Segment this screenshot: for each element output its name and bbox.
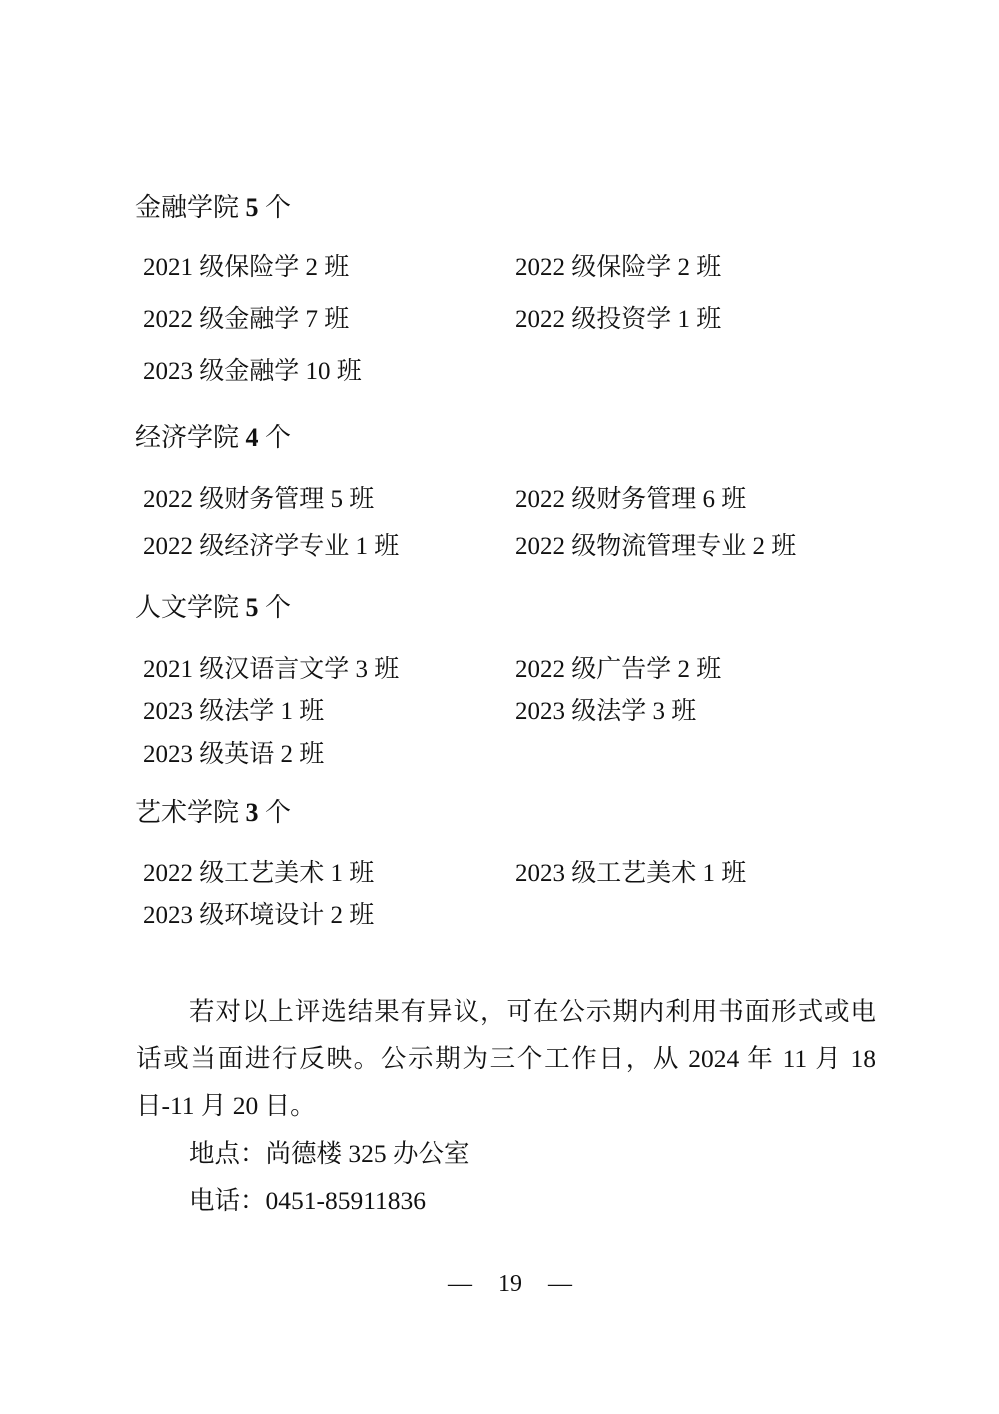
list-item: 2022 级广告学 2 班 [515,657,721,682]
list-item: 2023 级法学 3 班 [515,699,696,724]
class-count: 5 [246,593,259,622]
dash-left: — [448,1271,472,1297]
list-item: 2022 级物流管理专业 2 班 [515,534,796,559]
list-item: 2021 级汉语言文学 3 班 [143,657,399,682]
class-count: 5 [246,193,259,222]
location-label: 地点： [189,1139,266,1168]
section-heading-humanities: 人文学院 5 个 [135,595,291,621]
location-value: 尚德楼 325 办公室 [266,1139,470,1168]
college-name: 经济学院 [135,423,239,452]
list-item: 2023 级金融学 10 班 [143,359,362,384]
list-item: 2022 级经济学专业 1 班 [143,534,399,559]
list-item: 2023 级工艺美术 1 班 [515,861,746,886]
objection-notice-paragraph: 若对以上评选结果有异议，可在公示期内利用书面形式或电话或当面进行反映。公示期为三… [136,988,876,1129]
section-heading-finance: 金融学院 5 个 [135,195,291,221]
location-line: 地点：尚德楼 325 办公室 [189,1141,470,1167]
list-item: 2022 级工艺美术 1 班 [143,861,374,886]
list-item: 2022 级金融学 7 班 [143,307,349,332]
list-item: 2023 级环境设计 2 班 [143,903,374,928]
phone-label: 电话： [189,1186,266,1215]
section-heading-economics: 经济学院 4 个 [135,425,291,451]
phone-value: 0451-85911836 [266,1186,427,1215]
class-count: 3 [246,798,259,827]
list-item: 2021 级保险学 2 班 [143,255,349,280]
count-unit: 个 [265,423,291,452]
college-name: 艺术学院 [135,798,239,827]
college-name: 人文学院 [135,593,239,622]
college-name: 金融学院 [135,193,239,222]
phone-line: 电话：0451-85911836 [189,1188,426,1214]
count-unit: 个 [265,593,291,622]
dash-right: — [548,1271,572,1297]
count-unit: 个 [265,798,291,827]
page-number: 19 [498,1271,522,1297]
list-item: 2022 级财务管理 5 班 [143,487,374,512]
list-item: 2023 级英语 2 班 [143,742,324,767]
list-item: 2022 级投资学 1 班 [515,307,721,332]
page-number-footer: — 19 — [448,1272,572,1296]
section-heading-arts: 艺术学院 3 个 [135,800,291,826]
class-count: 4 [246,423,259,452]
list-item: 2022 级保险学 2 班 [515,255,721,280]
list-item: 2023 级法学 1 班 [143,699,324,724]
count-unit: 个 [265,193,291,222]
list-item: 2022 级财务管理 6 班 [515,487,746,512]
